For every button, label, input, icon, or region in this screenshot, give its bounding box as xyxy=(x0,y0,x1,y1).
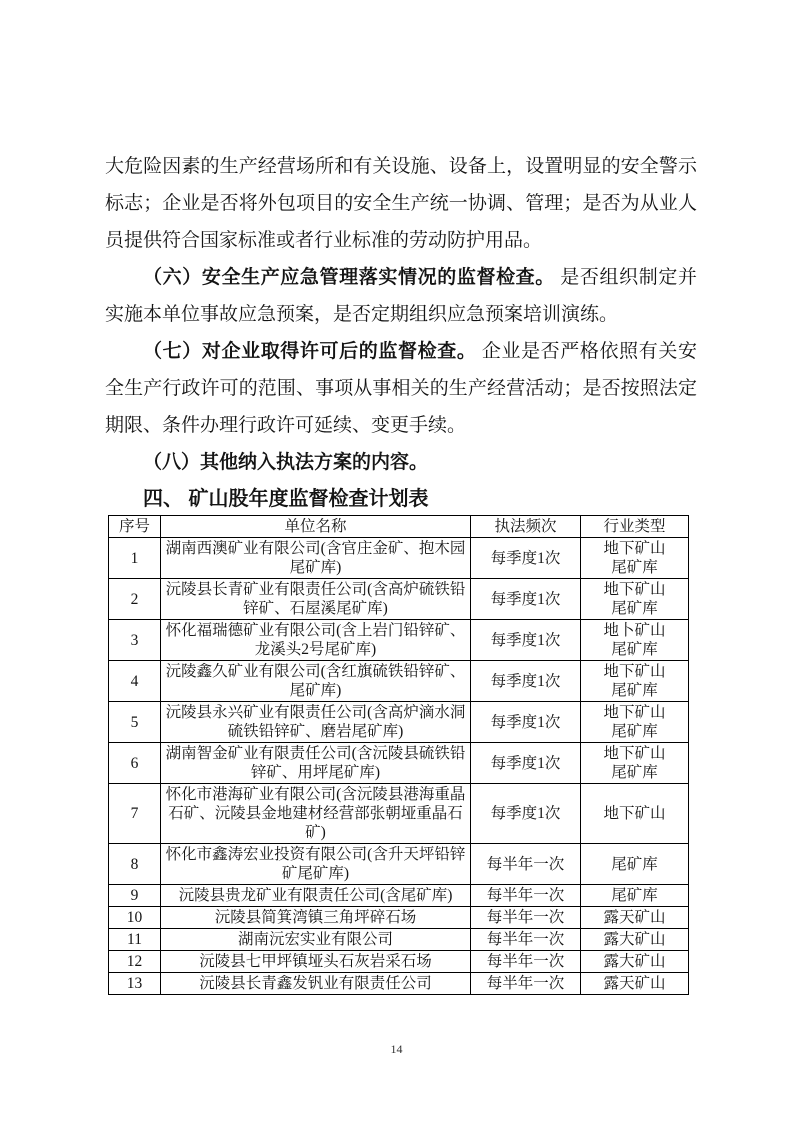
cell-freq: 每季度1次 xyxy=(471,538,581,579)
table-row: 5沅陵县永兴矿业有限责任公司(含高炉滴水洞硫铁铅锌矿、磨岩尾矿库)每季度1次地下… xyxy=(109,702,689,743)
cell-name: 怀化市鑫涛宏业投资有限公司(含升天坪铅锌矿尾矿库) xyxy=(161,844,471,885)
cell-type: 露大矿山 xyxy=(581,929,689,951)
paragraph: （六）安全生产应急管理落实情况的监督检查。 是否组织制定并实施本单位事故应急预案… xyxy=(105,259,697,333)
cell-no: 1 xyxy=(109,538,161,579)
table-body: 1湖南西澳矿业有限公司(含官庄金矿、抱木园尾矿库)每季度1次地下矿山 尾矿库2沅… xyxy=(109,538,689,995)
cell-no: 6 xyxy=(109,743,161,784)
paragraph: （七）对企业取得许可后的监督检查。 企业是否严格依照有关安全生产行政许可的范围、… xyxy=(105,333,697,444)
table-row: 4沅陵鑫久矿业有限公司(含红旗硫铁铅锌矿、尾矿库)每季度1次地下矿山 尾矿库 xyxy=(109,661,689,702)
cell-no: 4 xyxy=(109,661,161,702)
cell-freq: 每季度1次 xyxy=(471,743,581,784)
cell-type: 露天矿山 xyxy=(581,973,689,995)
paragraph-bold-heading-run: （八）其他纳入执法方案的内容。 xyxy=(143,452,428,473)
cell-type: 地下矿山 尾矿库 xyxy=(581,743,689,784)
table-row: 10沅陵县简箕湾镇三角坪碎石场每半年一次露天矿山 xyxy=(109,907,689,929)
cell-name: 湖南沅宏实业有限公司 xyxy=(161,929,471,951)
paragraph: 大危险因素的生产经营场所和有关设施、设备上，设置明显的安全警示标志；企业是否将外… xyxy=(105,148,697,259)
cell-type: 地下矿山 尾矿库 xyxy=(581,538,689,579)
cell-freq: 每半年一次 xyxy=(471,929,581,951)
cell-name: 湖南智金矿业有限责任公司(含沅陵县硫铁铅锌矿、用坪尾矿库) xyxy=(161,743,471,784)
paragraph-bold-heading-run: （七）对企业取得许可后的监督检查。 xyxy=(143,341,476,362)
page-content: 大危险因素的生产经营场所和有关设施、设备上，设置明显的安全警示标志；企业是否将外… xyxy=(105,148,697,995)
cell-freq: 每季度1次 xyxy=(471,620,581,661)
table-row: 6湖南智金矿业有限责任公司(含沅陵县硫铁铅锌矿、用坪尾矿库)每季度1次地下矿山 … xyxy=(109,743,689,784)
cell-type: 露大矿山 xyxy=(581,951,689,973)
table-row: 13沅陵县长青鑫发钒业有限责任公司每半年一次露天矿山 xyxy=(109,973,689,995)
cell-name: 沅陵鑫久矿业有限公司(含红旗硫铁铅锌矿、尾矿库) xyxy=(161,661,471,702)
table-row: 3怀化福瑞德矿业有限公司(含上岩门铅锌矿、龙溪头2号尾矿库)每季度1次地卜矿山 … xyxy=(109,620,689,661)
cell-name: 湖南西澳矿业有限公司(含官庄金矿、抱木园尾矿库) xyxy=(161,538,471,579)
cell-type: 尾矿库 xyxy=(581,885,689,907)
cell-name: 沅陵县简箕湾镇三角坪碎石场 xyxy=(161,907,471,929)
cell-name: 怀化市港海矿业有限公司(含沅陵县港海重晶石矿、沅陵县金地建材经营部张朝垭重晶石矿… xyxy=(161,784,471,844)
cell-type: 露天矿山 xyxy=(581,907,689,929)
body-paragraphs: 大危险因素的生产经营场所和有关设施、设备上，设置明显的安全警示标志；企业是否将外… xyxy=(105,148,697,481)
cell-no: 12 xyxy=(109,951,161,973)
table-row: 2沅陵县长青矿业有限责任公司(含高炉硫铁铅锌矿、石屋溪尾矿库)每季度1次地下矿山… xyxy=(109,579,689,620)
cell-type: 地下矿山 尾矿库 xyxy=(581,661,689,702)
column-header: 执法频次 xyxy=(471,516,581,538)
table-row: 11湖南沅宏实业有限公司每半年一次露大矿山 xyxy=(109,929,689,951)
cell-no: 2 xyxy=(109,579,161,620)
cell-name: 沅陵县七甲坪镇垭头石灰岩采石场 xyxy=(161,951,471,973)
inspection-plan-table: 序号单位名称执法频次行业类型 1湖南西澳矿业有限公司(含官庄金矿、抱木园尾矿库)… xyxy=(108,515,689,995)
section-heading-text: 四、 矿山股年度监督检查计划表 xyxy=(143,488,429,510)
column-header: 行业类型 xyxy=(581,516,689,538)
paragraph-text-run: 大危险因素的生产经营场所和有关设施、设备上，设置明显的安全警示标志；企业是否将外… xyxy=(105,156,697,251)
cell-no: 11 xyxy=(109,929,161,951)
cell-freq: 每半年一次 xyxy=(471,973,581,995)
cell-freq: 每半年一次 xyxy=(471,907,581,929)
cell-name: 怀化福瑞德矿业有限公司(含上岩门铅锌矿、龙溪头2号尾矿库) xyxy=(161,620,471,661)
cell-name: 沅陵县长青矿业有限责任公司(含高炉硫铁铅锌矿、石屋溪尾矿库) xyxy=(161,579,471,620)
cell-name: 沅陵县贵龙矿业有限责任公司(含尾矿库) xyxy=(161,885,471,907)
table-row: 1湖南西澳矿业有限公司(含官庄金矿、抱木园尾矿库)每季度1次地下矿山 尾矿库 xyxy=(109,538,689,579)
cell-freq: 每季度1次 xyxy=(471,661,581,702)
cell-freq: 每半年一次 xyxy=(471,885,581,907)
cell-freq: 每季度1次 xyxy=(471,784,581,844)
column-header: 单位名称 xyxy=(161,516,471,538)
cell-no: 10 xyxy=(109,907,161,929)
document-page: 大危险因素的生产经营场所和有关设施、设备上，设置明显的安全警示标志；企业是否将外… xyxy=(0,0,793,1122)
table-row: 7怀化市港海矿业有限公司(含沅陵县港海重晶石矿、沅陵县金地建材经营部张朝垭重晶石… xyxy=(109,784,689,844)
cell-freq: 每季度1次 xyxy=(471,702,581,743)
section-heading: 四、 矿山股年度监督检查计划表 xyxy=(105,485,697,513)
paragraph-bold-heading-run: （六）安全生产应急管理落实情况的监督检查。 xyxy=(143,267,555,288)
cell-no: 3 xyxy=(109,620,161,661)
cell-type: 地下矿山 尾矿库 xyxy=(581,702,689,743)
cell-freq: 每半年一次 xyxy=(471,951,581,973)
cell-no: 13 xyxy=(109,973,161,995)
paragraph: （八）其他纳入执法方案的内容。 xyxy=(105,444,697,481)
cell-no: 5 xyxy=(109,702,161,743)
cell-no: 8 xyxy=(109,844,161,885)
table-header-row: 序号单位名称执法频次行业类型 xyxy=(109,516,689,538)
page-number: 14 xyxy=(0,1042,793,1057)
cell-no: 9 xyxy=(109,885,161,907)
cell-type: 尾矿库 xyxy=(581,844,689,885)
cell-name: 沅陵县永兴矿业有限责任公司(含高炉滴水洞硫铁铅锌矿、磨岩尾矿库) xyxy=(161,702,471,743)
cell-type: 地下矿山 xyxy=(581,784,689,844)
table-row: 8怀化市鑫涛宏业投资有限公司(含升天坪铅锌矿尾矿库)每半年一次尾矿库 xyxy=(109,844,689,885)
cell-no: 7 xyxy=(109,784,161,844)
cell-freq: 每半年一次 xyxy=(471,844,581,885)
cell-type: 地下矿山 尾矿库 xyxy=(581,579,689,620)
cell-freq: 每季度1次 xyxy=(471,579,581,620)
table-row: 9沅陵县贵龙矿业有限责任公司(含尾矿库)每半年一次尾矿库 xyxy=(109,885,689,907)
table-row: 12沅陵县七甲坪镇垭头石灰岩采石场每半年一次露大矿山 xyxy=(109,951,689,973)
cell-name: 沅陵县长青鑫发钒业有限责任公司 xyxy=(161,973,471,995)
cell-type: 地卜矿山 尾矿库 xyxy=(581,620,689,661)
column-header: 序号 xyxy=(109,516,161,538)
